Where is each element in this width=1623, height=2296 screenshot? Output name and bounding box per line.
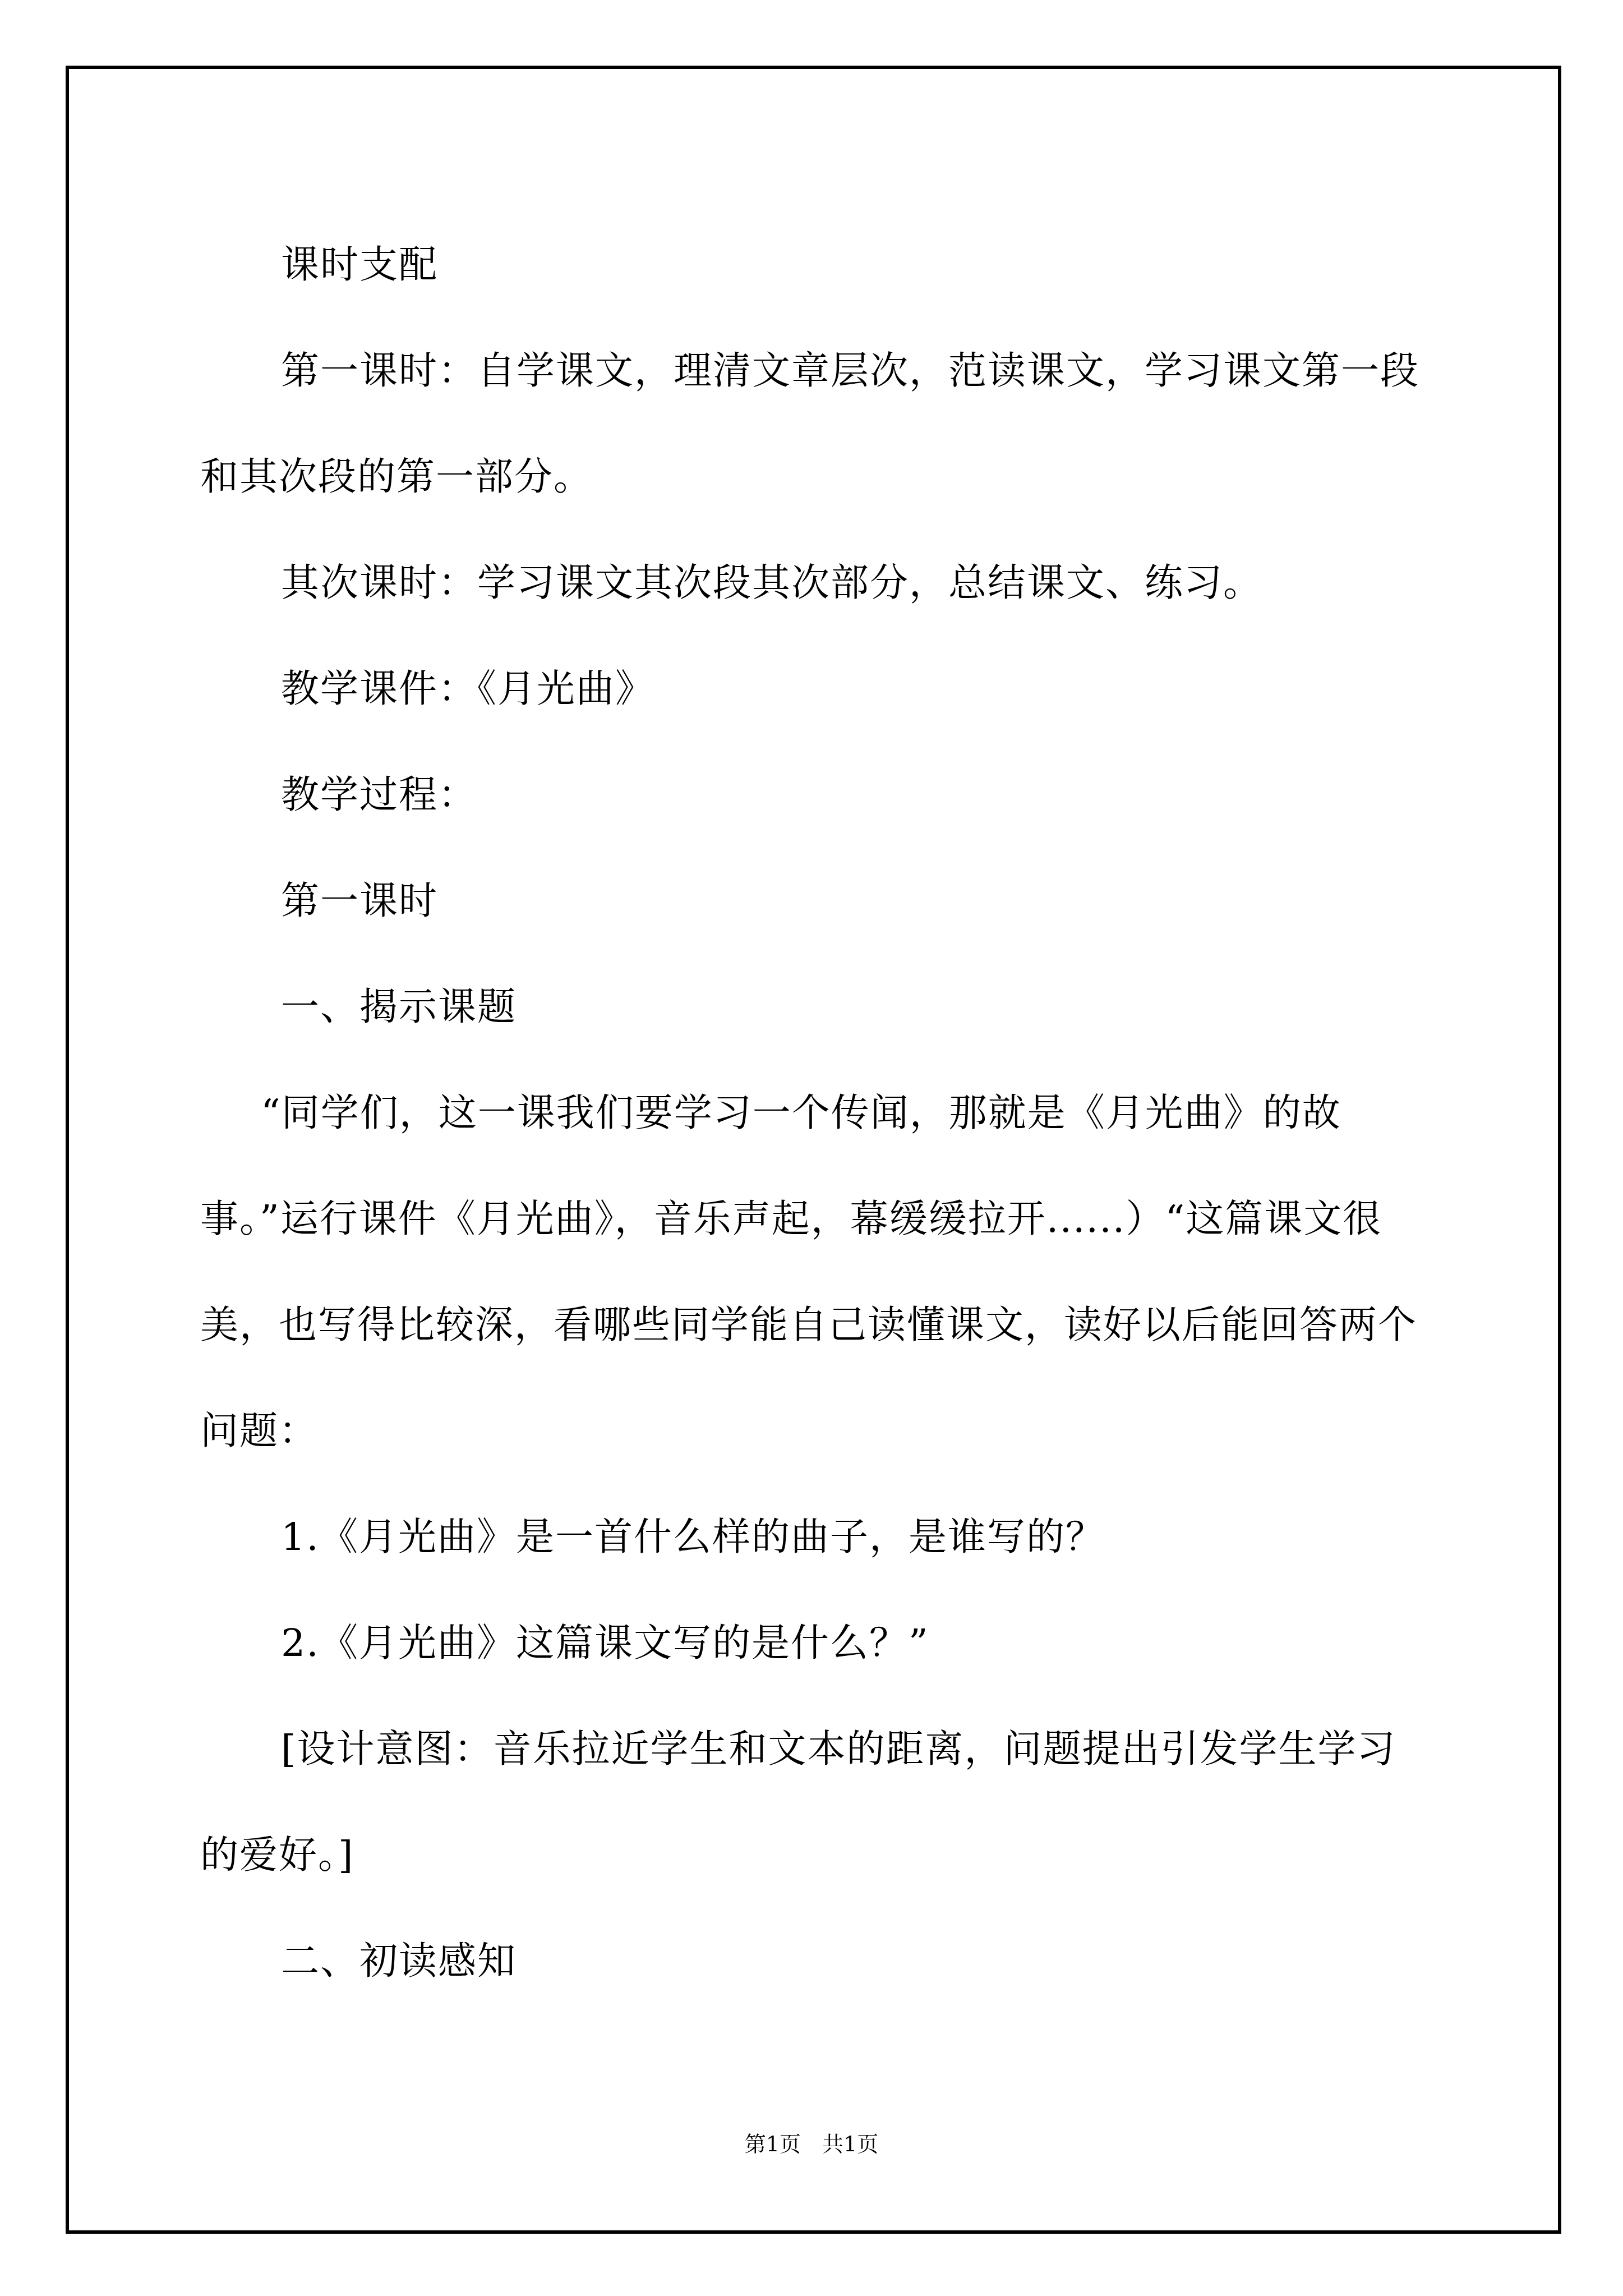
heading-initial-reading: 二、初读感知 bbox=[200, 1908, 1428, 2014]
page-number-footer: 第1页 共1页 bbox=[0, 2127, 1623, 2161]
design-intent-note: [设计意图：音乐拉近学生和文本的距离，问题提出引发学生学习的爱好。] bbox=[200, 1696, 1428, 1908]
question-2: 2.《月光曲》这篇课文写的是什么？” bbox=[200, 1590, 1428, 1696]
heading-first-lesson: 第一课时 bbox=[200, 848, 1428, 954]
heading-reveal-topic: 一、揭示课题 bbox=[200, 954, 1428, 1060]
paragraph-courseware: 教学课件：《月光曲》 bbox=[200, 636, 1428, 742]
paragraph-second-lesson: 其次课时：学习课文其次段其次部分，总结课文、练习。 bbox=[200, 530, 1428, 636]
heading-teaching-process: 教学过程： bbox=[200, 742, 1428, 848]
heading-lesson-arrangement: 课时支配 bbox=[200, 212, 1428, 318]
paragraph-intro-quote: “同学们，这一课我们要学习一个传闻，那就是《月光曲》的故事。”运行课件《月光曲》… bbox=[200, 1060, 1428, 1484]
paragraph-first-lesson: 第一课时：自学课文，理清文章层次，范读课文，学习课文第一段和其次段的第一部分。 bbox=[200, 318, 1428, 530]
question-1: 1.《月光曲》是一首什么样的曲子，是谁写的？ bbox=[200, 1484, 1428, 1590]
document-body: 课时支配 第一课时：自学课文，理清文章层次，范读课文，学习课文第一段和其次段的第… bbox=[200, 212, 1428, 2014]
